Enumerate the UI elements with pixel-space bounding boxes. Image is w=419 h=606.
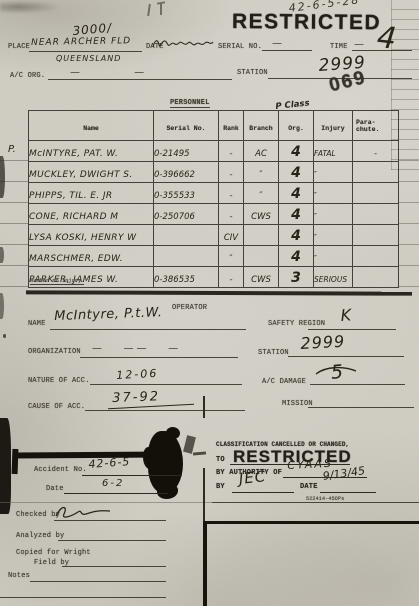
personnel-row: McINTYRE, PAT. W. 0-21495 - AC 4 FATAL - bbox=[29, 141, 399, 162]
person-serial: 0-355533 bbox=[154, 191, 195, 201]
operator-station-value: 2999 bbox=[300, 332, 346, 353]
table-heavy-bottom-rule bbox=[26, 290, 412, 295]
notes-label: Notes bbox=[8, 572, 30, 580]
operator-name-value: McIntyre, P.t.W. bbox=[54, 305, 163, 324]
station-label: STATION bbox=[237, 69, 268, 77]
analyzed-by-label: Analyzed by bbox=[16, 532, 64, 540]
operator-station-label: STATION bbox=[258, 349, 289, 357]
ac-org-value: — — bbox=[70, 67, 149, 78]
reclass-date-label: DATE bbox=[300, 483, 318, 491]
copied-for-wright-label: Copied for Wright bbox=[16, 549, 91, 557]
handwritten-file-number: 3000/ bbox=[72, 21, 113, 38]
copied-by-line bbox=[62, 566, 166, 567]
place-line bbox=[29, 51, 142, 52]
person-org: 4 bbox=[291, 165, 301, 181]
personnel-row: MUCKLEY, DWIGHT S. 0-396662 - ″ 4 ″ bbox=[29, 162, 399, 183]
divider-right bbox=[212, 502, 419, 503]
person-name: MARSCHMER, EDW. bbox=[29, 254, 123, 264]
person-branch: CWS bbox=[251, 212, 271, 222]
operator-name-line bbox=[50, 329, 246, 330]
col-header-rank: Rank bbox=[219, 111, 244, 141]
place-label: PLACE bbox=[8, 43, 30, 51]
person-name: CONE, RICHARD M bbox=[29, 212, 118, 222]
ac-damage-value: 5 bbox=[330, 361, 344, 384]
col-header-org: P ClassOrg. bbox=[279, 111, 314, 141]
checked-by-line bbox=[54, 520, 166, 521]
notes-line-1 bbox=[30, 581, 166, 582]
operator-name-label: NAME bbox=[28, 320, 46, 328]
reclass-by-signature: JEC bbox=[238, 467, 267, 488]
person-serial: 0-396662 bbox=[154, 170, 195, 180]
reclass-to-label: TO bbox=[216, 456, 225, 464]
cause-of-acc-value: 37-92 bbox=[112, 389, 160, 406]
person-injury: ″ bbox=[314, 254, 317, 263]
corner-rule-vertical bbox=[203, 521, 207, 606]
personnel-table: Name Serial No. Rank Branch P ClassOrg. … bbox=[28, 110, 399, 288]
person-rank: CIV bbox=[224, 233, 238, 243]
person-name: MUCKLEY, DWIGHT S. bbox=[29, 170, 133, 180]
person-injury: ″ bbox=[314, 233, 317, 242]
person-name: LYSA KOSKI, HENRY W bbox=[29, 233, 136, 243]
accident-date-label: Date bbox=[46, 485, 64, 493]
ac-org-line bbox=[48, 79, 232, 80]
personnel-header-row: Name Serial No. Rank Branch P ClassOrg. … bbox=[29, 111, 399, 141]
notes-line-2 bbox=[0, 597, 166, 598]
accident-report-document: 42-6-5-28 RESTRICTED 3000/ PLACE NEAR AR… bbox=[0, 0, 419, 606]
person-org: 3 bbox=[291, 270, 301, 286]
vertical-rule-upper bbox=[203, 396, 205, 418]
safety-region-value: K bbox=[340, 305, 352, 325]
person-org: 4 bbox=[291, 228, 301, 244]
person-injury: ″ bbox=[314, 170, 317, 179]
nature-of-acc-label: NATURE OF ACC. bbox=[28, 377, 90, 385]
person-serial: 0-21495 bbox=[154, 149, 190, 159]
time-dash: — bbox=[354, 39, 364, 50]
accident-date-value: 6-2 bbox=[102, 478, 124, 489]
reclass-by-label: BY bbox=[216, 483, 225, 491]
torn-paper-mark-2 bbox=[193, 451, 206, 455]
person-org: 4 bbox=[291, 144, 301, 160]
person-branch: ″ bbox=[259, 170, 262, 180]
ac-damage-label: A/C DAMAGE bbox=[262, 378, 306, 386]
organization-label: ORGANIZATION bbox=[28, 348, 81, 356]
personnel-row: LYSA KOSKI, HENRY W CIV 4 ″ bbox=[29, 225, 399, 246]
operator-station-line bbox=[288, 356, 404, 357]
nature-of-acc-value: 12-06 bbox=[116, 367, 159, 382]
person-injury: FATAL bbox=[314, 149, 336, 158]
accident-date-line bbox=[64, 493, 168, 494]
left-edge-dot bbox=[3, 334, 6, 338]
reclass-date-line bbox=[320, 492, 376, 493]
cause-of-acc-label: CAUSE OF ACC. bbox=[28, 403, 85, 411]
place-value: NEAR ARCHER FLD bbox=[31, 36, 131, 48]
person-serial: 0-386535 bbox=[154, 275, 195, 285]
mission-line bbox=[308, 407, 414, 408]
person-injury: ″ bbox=[314, 212, 317, 221]
ac-damage-line bbox=[310, 384, 405, 385]
person-org: 4 bbox=[291, 249, 301, 265]
col-header-injury: Injury bbox=[314, 111, 353, 141]
person-injury: SERIOUS bbox=[314, 275, 347, 284]
cause-of-acc-line bbox=[85, 410, 245, 411]
serial-no-value: — bbox=[272, 38, 282, 49]
torn-paper-mark-1 bbox=[183, 435, 196, 454]
handwritten-p-class: P Class bbox=[275, 98, 310, 112]
checked-by-signature-scribble bbox=[52, 502, 114, 522]
person-branch: AC bbox=[255, 149, 267, 159]
person-name: PHIPPS, TIL. E. JR bbox=[29, 191, 113, 201]
serial-no-label: SERIAL NO. bbox=[218, 43, 262, 51]
corner-rule-horizontal bbox=[203, 521, 419, 524]
person-rank: ″ bbox=[229, 254, 232, 264]
col-header-serial: Serial No. bbox=[154, 111, 219, 141]
person-rank: - bbox=[229, 275, 232, 285]
personnel-row: CONE, RICHARD M 0-250706 - CWS 4 ″ bbox=[29, 204, 399, 225]
ink-blob-lower bbox=[157, 484, 178, 499]
person-chute: - bbox=[374, 149, 377, 159]
person-org: 4 bbox=[291, 207, 301, 223]
col-header-name: Name bbox=[29, 111, 154, 141]
personnel-row: MARSCHMER, EDW. ″ 4 ″ bbox=[29, 246, 399, 267]
person-name: McINTYRE, PAT. W. bbox=[29, 149, 118, 159]
vertical-rule-mid bbox=[203, 468, 205, 524]
time-value: 4 bbox=[375, 20, 398, 57]
organization-value: — —— — bbox=[92, 343, 181, 354]
col-header-branch: Branch bbox=[244, 111, 279, 141]
accident-no-value: 42-6-5 bbox=[88, 455, 131, 471]
table-footer-note: Number no injury. bbox=[30, 278, 84, 285]
ac-org-label: A/C ORG. bbox=[10, 72, 45, 80]
person-branch: ″ bbox=[259, 191, 262, 201]
analyzed-by-line bbox=[58, 540, 166, 541]
table-right-rule-extensions bbox=[398, 140, 419, 288]
organization-line bbox=[80, 357, 238, 358]
accident-no-label: Accident No. bbox=[34, 466, 87, 474]
pen-tick-3 bbox=[160, 4, 162, 15]
person-rank: - bbox=[229, 149, 232, 159]
person-rank: - bbox=[229, 191, 232, 201]
person-org: 4 bbox=[291, 186, 301, 202]
left-edge-tear-2 bbox=[0, 247, 4, 263]
person-serial: 0-250706 bbox=[154, 212, 195, 222]
person-branch: CWS bbox=[251, 275, 271, 285]
pen-tick-1 bbox=[147, 4, 151, 16]
person-rank: - bbox=[229, 212, 232, 222]
serial-no-line bbox=[262, 50, 312, 51]
nature-of-acc-line bbox=[90, 384, 242, 385]
time-label: TIME bbox=[330, 43, 348, 51]
safety-region-label: SAFETY REGION bbox=[268, 320, 325, 328]
left-edge-tear-4 bbox=[0, 418, 11, 514]
restricted-stamp: RESTRICTED bbox=[232, 10, 381, 35]
col-header-parachute: Para-chute. bbox=[353, 111, 399, 141]
person-injury: ″ bbox=[314, 191, 317, 200]
operator-title: OPERATOR bbox=[172, 304, 207, 312]
person-rank: - bbox=[229, 170, 232, 180]
personnel-row: PHIPPS, TIL. E. JR 0-355533 - ″ 4 ″ bbox=[29, 183, 399, 204]
reclass-by-line bbox=[232, 492, 294, 493]
top-left-smudge bbox=[0, 0, 60, 14]
date-handwritten-scribble bbox=[151, 35, 217, 51]
accident-no-line bbox=[82, 475, 182, 476]
safety-region-line bbox=[308, 329, 396, 330]
left-edge-tear-1 bbox=[0, 156, 5, 198]
left-edge-tear-3 bbox=[0, 293, 4, 319]
personnel-title: PERSONNEL bbox=[170, 99, 210, 108]
place-value-line2: QUEENSLAND bbox=[56, 54, 121, 63]
